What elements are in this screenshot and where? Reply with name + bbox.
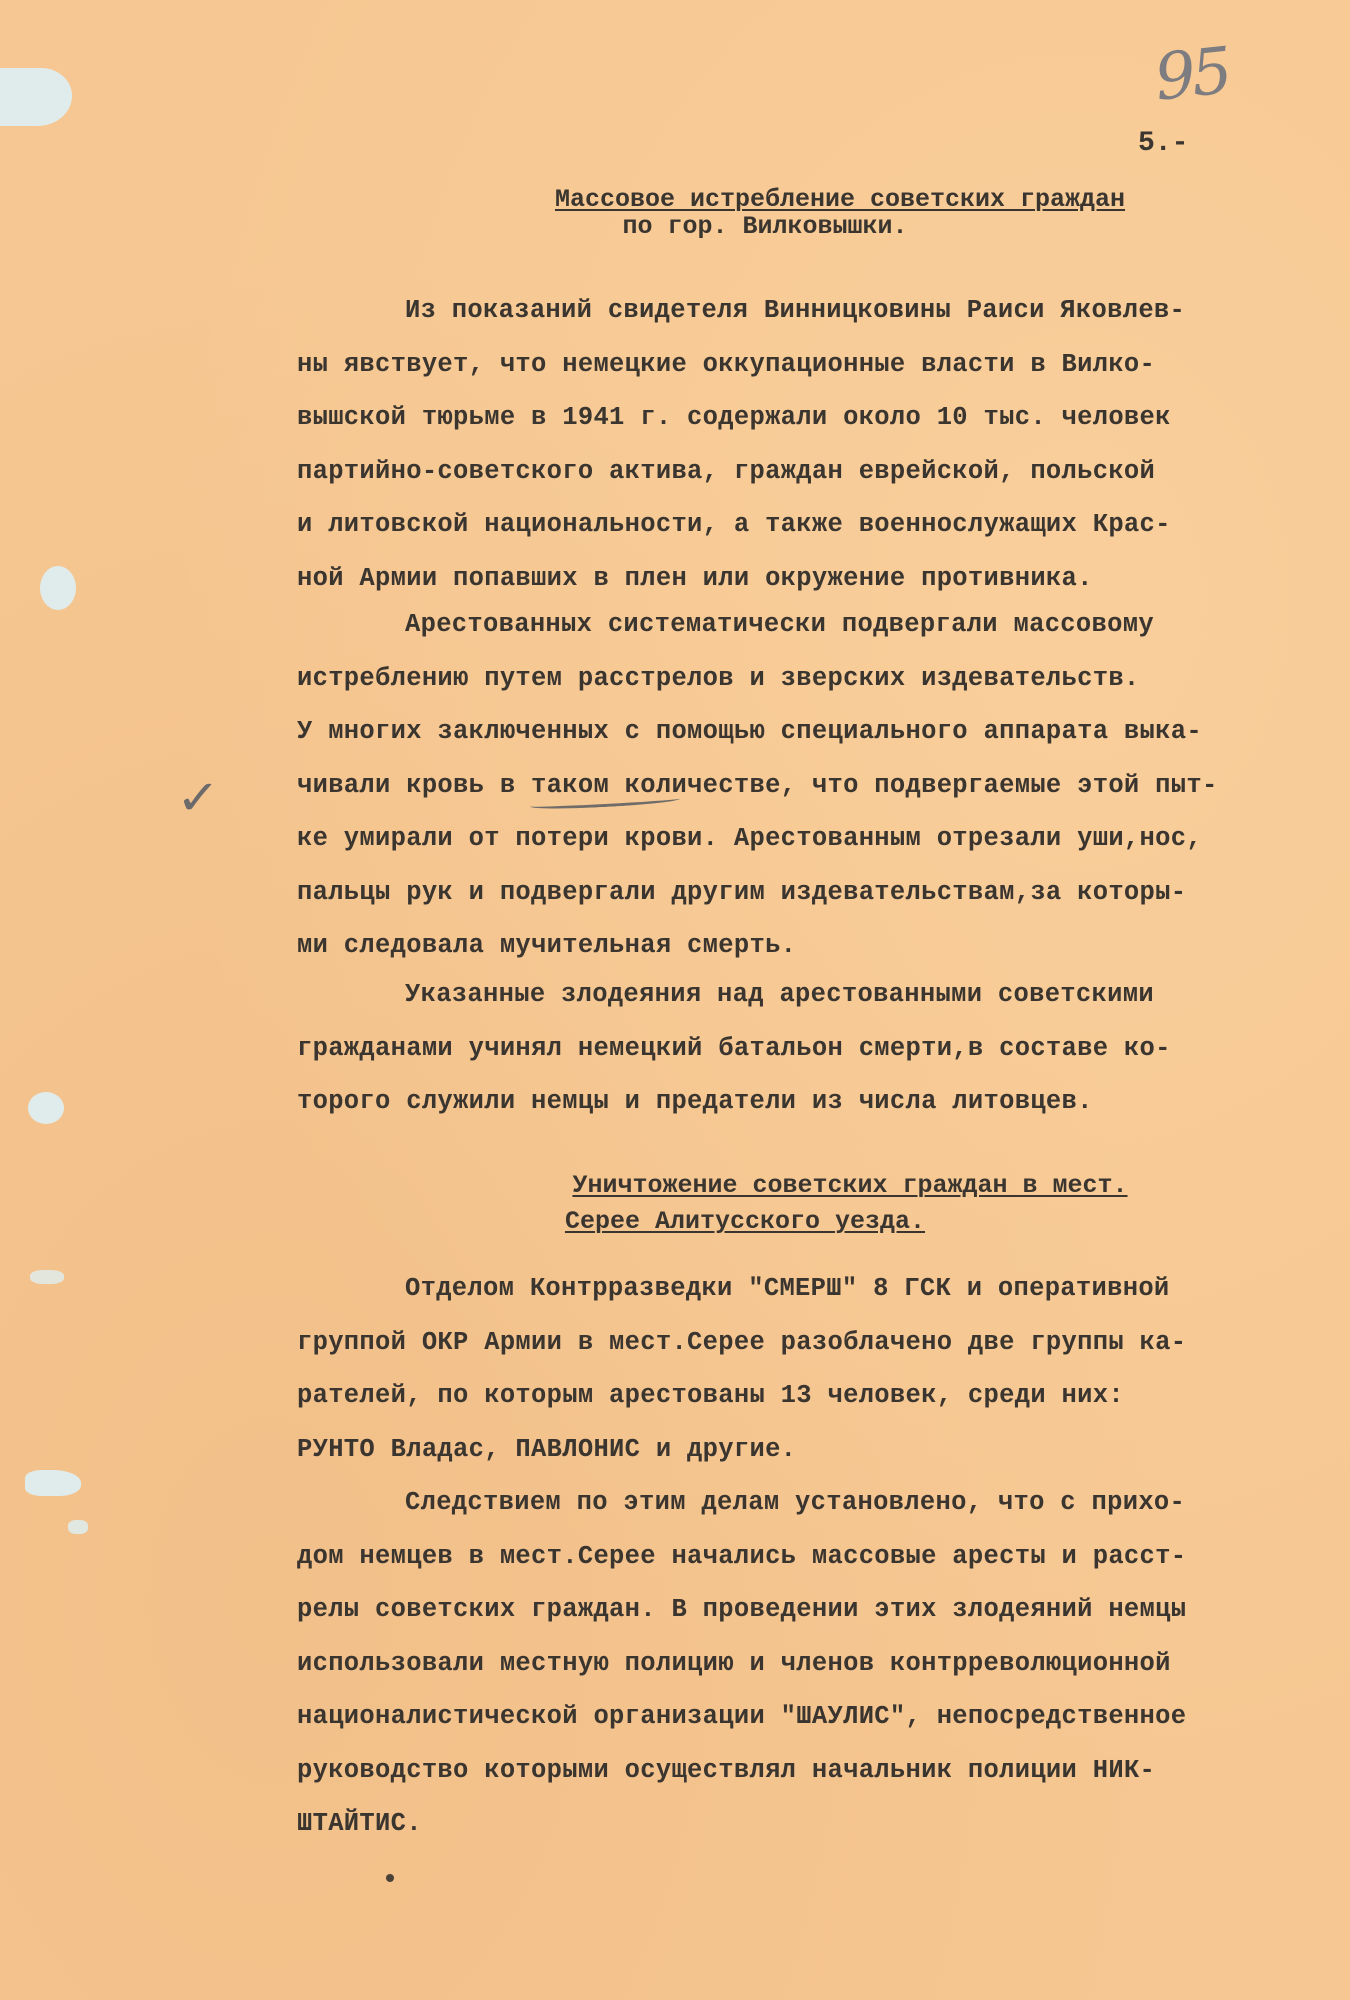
paragraph: Арестованных систематически подвергали м… — [297, 598, 1350, 973]
text-line: националистической организации "ШАУЛИС",… — [297, 1690, 1350, 1744]
text-line: ной Армии попавших в плен или окружение … — [297, 552, 1350, 606]
text-line: гражданами учинял немецкий батальон смер… — [297, 1022, 1350, 1076]
heading-line: Уничтожение советских граждан в мест. — [480, 1168, 1220, 1204]
text-line: чивали кровь в таком количестве, что под… — [297, 759, 1350, 813]
text-line: пальцы рук и подвергали другим издевател… — [297, 866, 1350, 920]
torn-hole — [0, 68, 72, 126]
text-line: торого служили немцы и предатели из числ… — [297, 1075, 1350, 1129]
paragraph: Указанные злодеяния над арестованными со… — [297, 968, 1350, 1129]
text-line: Арестованных систематически подвергали м… — [297, 598, 1350, 652]
text-line: вышской тюрьме в 1941 г. содержали около… — [297, 391, 1350, 445]
text-line: ны явствует, что немецкие оккупационные … — [297, 338, 1350, 392]
text-line: использовали местную полицию и членов ко… — [297, 1637, 1350, 1691]
text-line: Указанные злодеяния над арестованными со… — [297, 968, 1350, 1022]
text-line: и литовской национальности, а также воен… — [297, 498, 1350, 552]
text-line: Следствием по этим делам установлено, чт… — [297, 1476, 1350, 1530]
ink-dot — [386, 1874, 394, 1882]
text-line: дом немцев в мест.Серее начались массовы… — [297, 1530, 1350, 1584]
heading-line: Серее Алитусского уезда. — [270, 1204, 1220, 1240]
text-line: Отделом Контрразведки "СМЕРШ" 8 ГСК и оп… — [297, 1262, 1350, 1316]
paragraph: Следствием по этим делам установлено, чт… — [297, 1476, 1350, 1851]
paragraph: Отделом Контрразведки "СМЕРШ" 8 ГСК и оп… — [297, 1262, 1350, 1476]
text-line: группой ОКР Армии в мест.Серее разоблаче… — [297, 1316, 1350, 1370]
text-line: релы советских граждан. В проведении эти… — [297, 1583, 1350, 1637]
text-line: Из показаний свидетеля Винницковины Раис… — [297, 284, 1350, 338]
text-line: ке умирали от потери крови. Арестованным… — [297, 812, 1350, 866]
text-line: У многих заключенных с помощью специальн… — [297, 705, 1350, 759]
document-page: 95 5.- Массовое истребление советских гр… — [0, 0, 1350, 2000]
margin-check-mark-icon: ✓ — [176, 770, 220, 826]
heading-line: по гор. Вилковышки. — [320, 213, 1210, 240]
torn-hole — [25, 1470, 81, 1496]
section-heading-seirijai: Уничтожение советских граждан в мест. Се… — [480, 1168, 1220, 1240]
archive-folio-number: 95 — [1151, 34, 1232, 115]
torn-hole — [30, 1270, 64, 1284]
punch-hole — [28, 1092, 64, 1124]
text-line: руководство которыми осуществлял начальн… — [297, 1744, 1350, 1798]
text-line: партийно-советского актива, граждан евре… — [297, 445, 1350, 499]
punch-hole — [40, 566, 76, 610]
page-number: 5.- — [1138, 128, 1188, 159]
text-line: РУНТО Владас, ПАВЛОНИС и другие. — [297, 1423, 1350, 1477]
section-heading-vilkaviskis: Массовое истребление советских граждан п… — [470, 186, 1210, 240]
text-line: истреблению путем расстрелов и зверских … — [297, 652, 1350, 706]
text-line: ми следовала мучительная смерть. — [297, 919, 1350, 973]
text-line: рателей, по которым арестованы 13 челове… — [297, 1369, 1350, 1423]
paragraph: Из показаний свидетеля Винницковины Раис… — [297, 284, 1350, 605]
heading-line: Массовое истребление советских граждан — [470, 186, 1210, 213]
torn-hole — [68, 1520, 88, 1534]
text-line: ШТАЙТИС. — [297, 1797, 1350, 1851]
